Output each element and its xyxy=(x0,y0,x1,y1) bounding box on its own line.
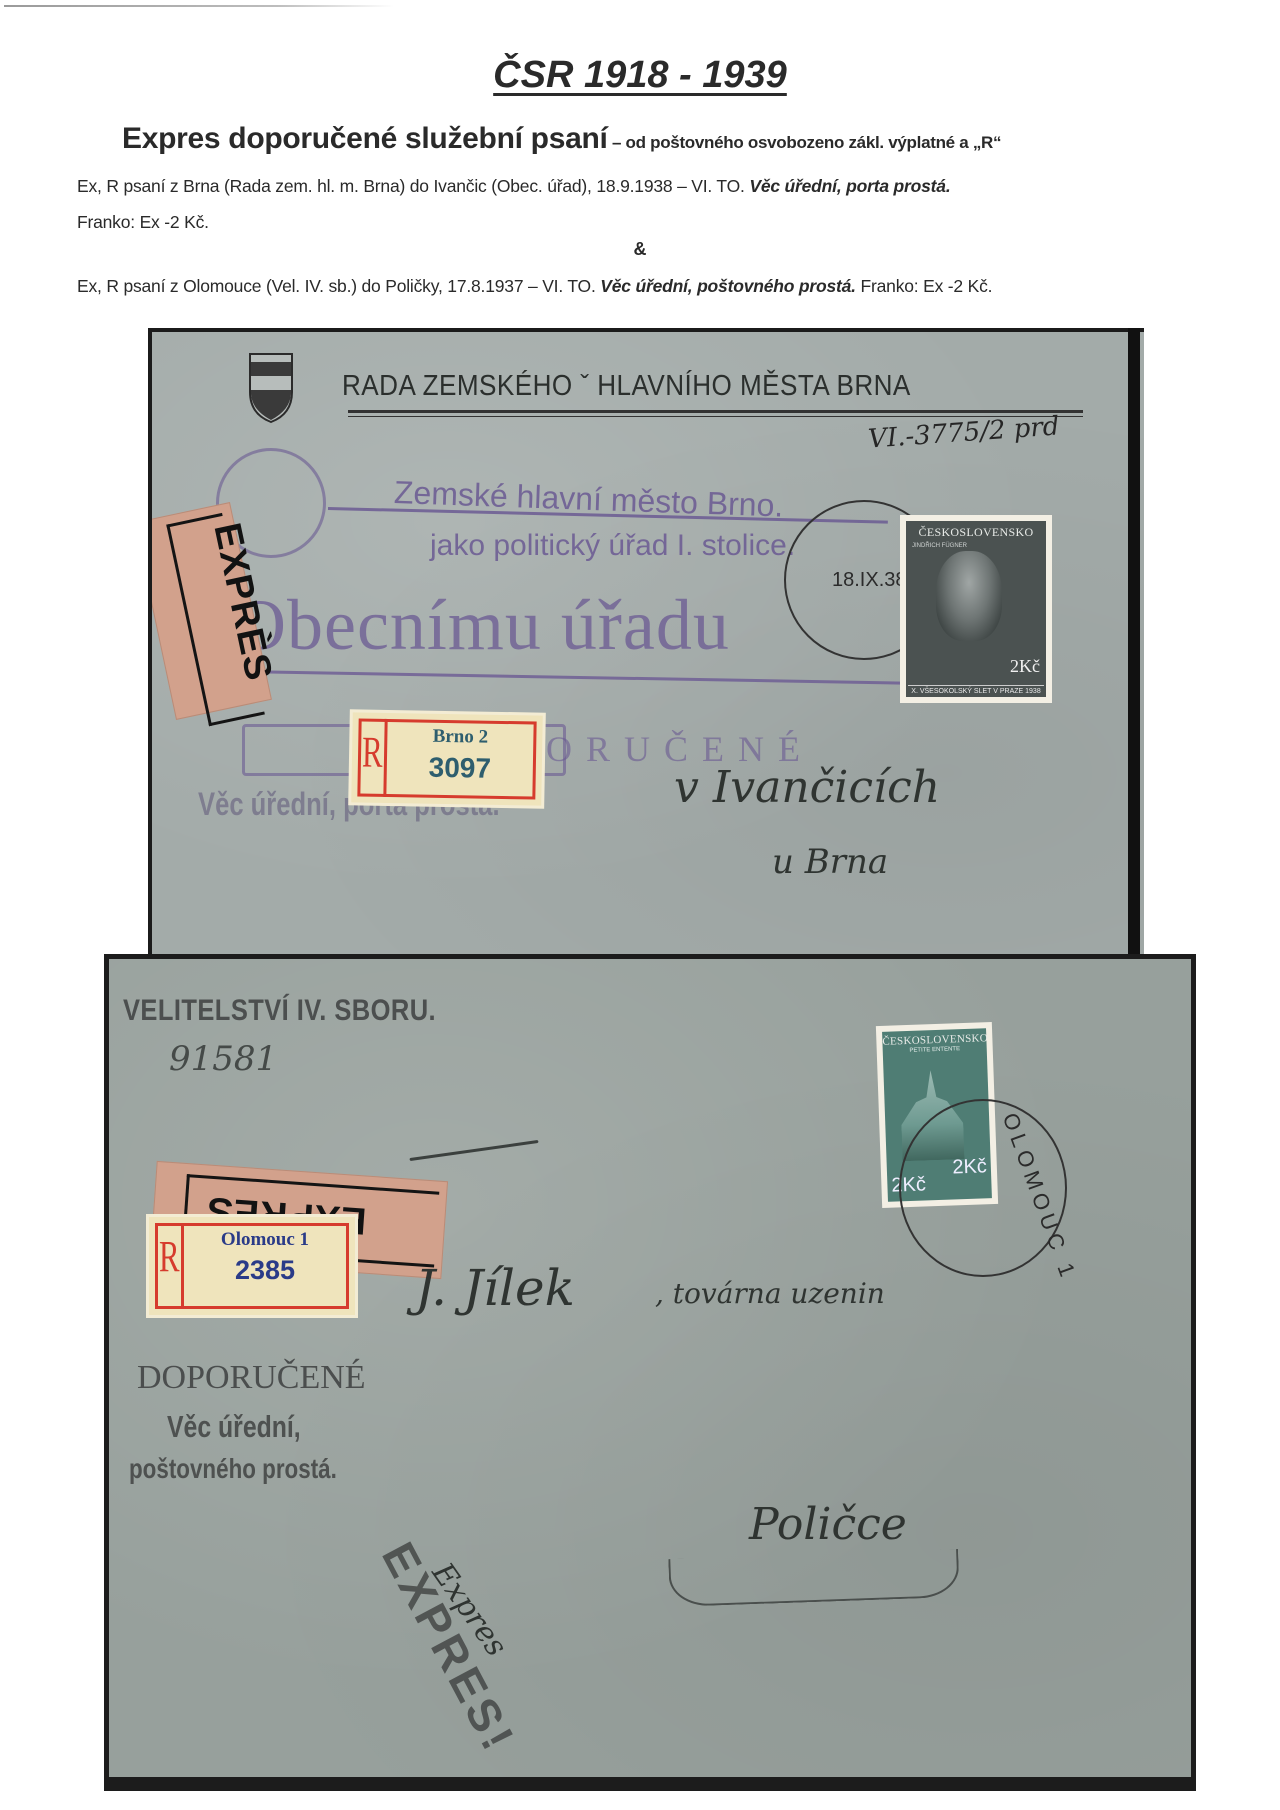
letterhead: RADA ZEMSKÉHO ˇ HLAVNÍHO MĚSTA BRNA xyxy=(342,370,911,403)
registration-number: 2385 xyxy=(185,1255,345,1286)
handwritten-number: 91581 xyxy=(169,1039,277,1079)
official-matter-stamp-line2: poštovného prostá. xyxy=(129,1453,337,1485)
registration-letter: R xyxy=(362,727,383,778)
underline-flourish xyxy=(668,1549,959,1607)
postage-stamp-fugner: ČESKOSLOVENSKO JINDŘICH FÜGNER 2Kč X. VŠ… xyxy=(900,515,1052,703)
sender-stamp: VELITELSTVÍ IV. SBORU. xyxy=(123,994,436,1028)
registration-office: Brno 2 xyxy=(388,725,532,750)
item1-description: Ex, R psaní z Brna (Rada zem. hl. m. Brn… xyxy=(77,176,951,197)
registration-number: 3097 xyxy=(388,751,533,786)
item2-description: Ex, R psaní z Olomouce (Vel. IV. sb.) do… xyxy=(77,276,992,297)
item1-italic: Věc úřední, porta prostá. xyxy=(749,176,950,196)
subtitle: Expres doporučené služební psaní – od po… xyxy=(122,122,1001,156)
item2-italic: Věc úřední, poštovného prostá. xyxy=(600,276,856,296)
top-rule xyxy=(4,5,394,7)
stamp-face: ČESKOSLOVENSKO JINDŘICH FÜGNER 2Kč X. VŠ… xyxy=(906,521,1046,697)
addressee-stamp: Obecnímu úřadu xyxy=(234,584,730,667)
registration-letter: R xyxy=(159,1231,180,1282)
addressee-town: Poličce xyxy=(749,1499,907,1550)
coat-of-arms-icon xyxy=(248,352,294,424)
letterhead-rule xyxy=(348,410,1083,413)
cover-brno: RADA ZEMSKÉHO ˇ HLAVNÍHO MĚSTA BRNA VI.-… xyxy=(148,328,1144,962)
cover-olomouc: VELITELSTVÍ IV. SBORU. 91581 EXPRÈS ČESK… xyxy=(104,954,1196,1791)
pen-stroke xyxy=(409,1140,538,1161)
registration-label: R Brno 2 3097 xyxy=(351,712,543,805)
item2-text: Ex, R psaní z Olomouce (Vel. IV. sb.) do… xyxy=(77,276,600,296)
official-matter-stamp-line1: Věc úřední, xyxy=(167,1409,301,1445)
subtitle-main: Expres doporučené služební psaní xyxy=(122,122,608,155)
addressee-title: , továrna uzenin xyxy=(655,1277,885,1310)
stamp-portrait-name: JINDŘICH FÜGNER xyxy=(912,543,967,549)
item2-franko: Franko: Ex -2 Kč. xyxy=(856,276,992,296)
page-title: ČSR 1918 - 1939 xyxy=(0,54,1280,97)
authority-stamp-line2: jako politický úřad I. stolice. xyxy=(430,529,795,563)
stamp-caption: X. VŠESOKOLSKÝ SLET V PRAZE 1938 xyxy=(908,685,1044,695)
addressee-name: J. Jílek xyxy=(415,1259,575,1317)
addressee-rule xyxy=(238,670,958,686)
registration-label: R Olomouc 1 2385 xyxy=(149,1217,355,1315)
reference-number: VI.-3775/2 prd xyxy=(867,411,1060,454)
stamp-country: ČESKOSLOVENSKO xyxy=(906,525,1046,540)
subtitle-note: – od poštovného osvobozeno zákl. výplatn… xyxy=(608,133,1002,152)
item1-franko: Franko: Ex -2 Kč. xyxy=(77,212,209,233)
registration-office: Olomouc 1 xyxy=(185,1229,345,1251)
stamp-value: 2Kč xyxy=(1010,656,1040,677)
item1-text: Ex, R psaní z Brna (Rada zem. hl. m. Brn… xyxy=(77,176,749,196)
ampersand: & xyxy=(0,239,1280,260)
portrait-icon xyxy=(936,551,1002,641)
handwritten-address-line1: v Ivančicích xyxy=(674,762,940,813)
handwritten-address-line2: u Brna xyxy=(772,842,888,882)
cover1-edge xyxy=(1128,328,1140,958)
registered-stamp: DOPORUČENÉ xyxy=(137,1359,366,1397)
